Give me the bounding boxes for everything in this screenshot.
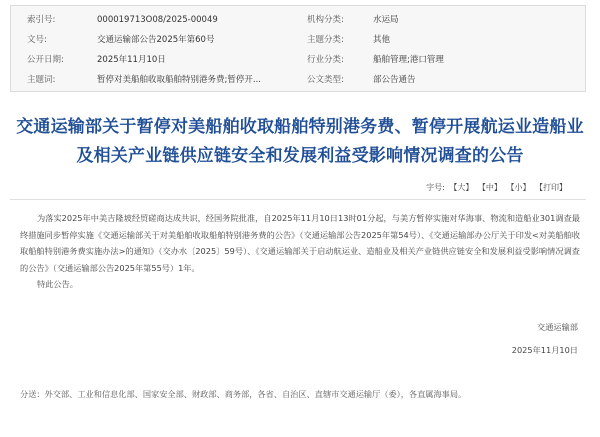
font-medium-button[interactable]: 【中】 (478, 183, 502, 192)
index-number-value: 000019713O08/2025-00049 (97, 10, 218, 30)
agency-category-label: 机构分类: (307, 10, 344, 30)
keywords-label: 主题词: (27, 70, 55, 90)
topic-category-value: 其他 (373, 30, 390, 50)
metadata-box: 索引号: 000019713O08/2025-00049 机构分类: 水运局 文… (10, 5, 586, 92)
page-title-line-2: 及相关产业链供应链安全和发展利益受影响情况调查的公告 (0, 145, 600, 167)
announcement-page: 索引号: 000019713O08/2025-00049 机构分类: 水运局 文… (0, 0, 600, 437)
body-paragraph: 为落实2025年中美吉隆坡经贸磋商达成共识，经国务院批准，自2025年11月10… (20, 210, 580, 276)
issue-date: 2025年11月10日 (512, 345, 578, 356)
font-large-button[interactable]: 【大】 (449, 183, 473, 192)
distribution-list: 分送：外交部、工业和信息化部、国家安全部、财政部、商务部，各省、自治区、直辖市交… (20, 389, 466, 400)
font-size-label: 字号: (426, 183, 445, 192)
index-number-label: 索引号: (27, 10, 55, 30)
closing-line: 特此公告。 (37, 279, 78, 290)
publish-date-value: 2025年11月10日 (97, 50, 166, 70)
agency-category-value: 水运局 (373, 10, 399, 30)
topic-category-label: 主题分类: (307, 30, 344, 50)
keywords-value: 暂停对美船舶收取船舶特别港务费;暂停开... (97, 70, 261, 90)
document-type-value: 部公告通告 (373, 70, 416, 90)
document-number-value: 交通运输部公告2025年第60号 (97, 30, 214, 50)
font-size-toolbar: 字号: 【大】 【中】 【小】 【打印】 (426, 182, 567, 193)
industry-category-label: 行业分类: (307, 50, 344, 70)
font-small-button[interactable]: 【小】 (506, 183, 530, 192)
issuer-signature: 交通运输部 (537, 322, 578, 333)
document-type-label: 公文类型: (307, 70, 344, 90)
divider (10, 199, 586, 200)
metadata-row: 公开日期: 2025年11月10日 行业分类: 船舶管理;港口管理 (11, 50, 585, 70)
print-button[interactable]: 【打印】 (535, 183, 567, 192)
page-title-line-1: 交通运输部关于暂停对美船舶收取船舶特别港务费、暂停开展航运业造船业 (0, 116, 600, 138)
document-number-label: 文号: (27, 30, 47, 50)
metadata-row: 文号: 交通运输部公告2025年第60号 主题分类: 其他 (11, 30, 585, 50)
publish-date-label: 公开日期: (27, 50, 64, 70)
metadata-row: 索引号: 000019713O08/2025-00049 机构分类: 水运局 (11, 10, 585, 30)
industry-category-value: 船舶管理;港口管理 (373, 50, 444, 70)
metadata-row: 主题词: 暂停对美船舶收取船舶特别港务费;暂停开... 公文类型: 部公告通告 (11, 70, 585, 90)
